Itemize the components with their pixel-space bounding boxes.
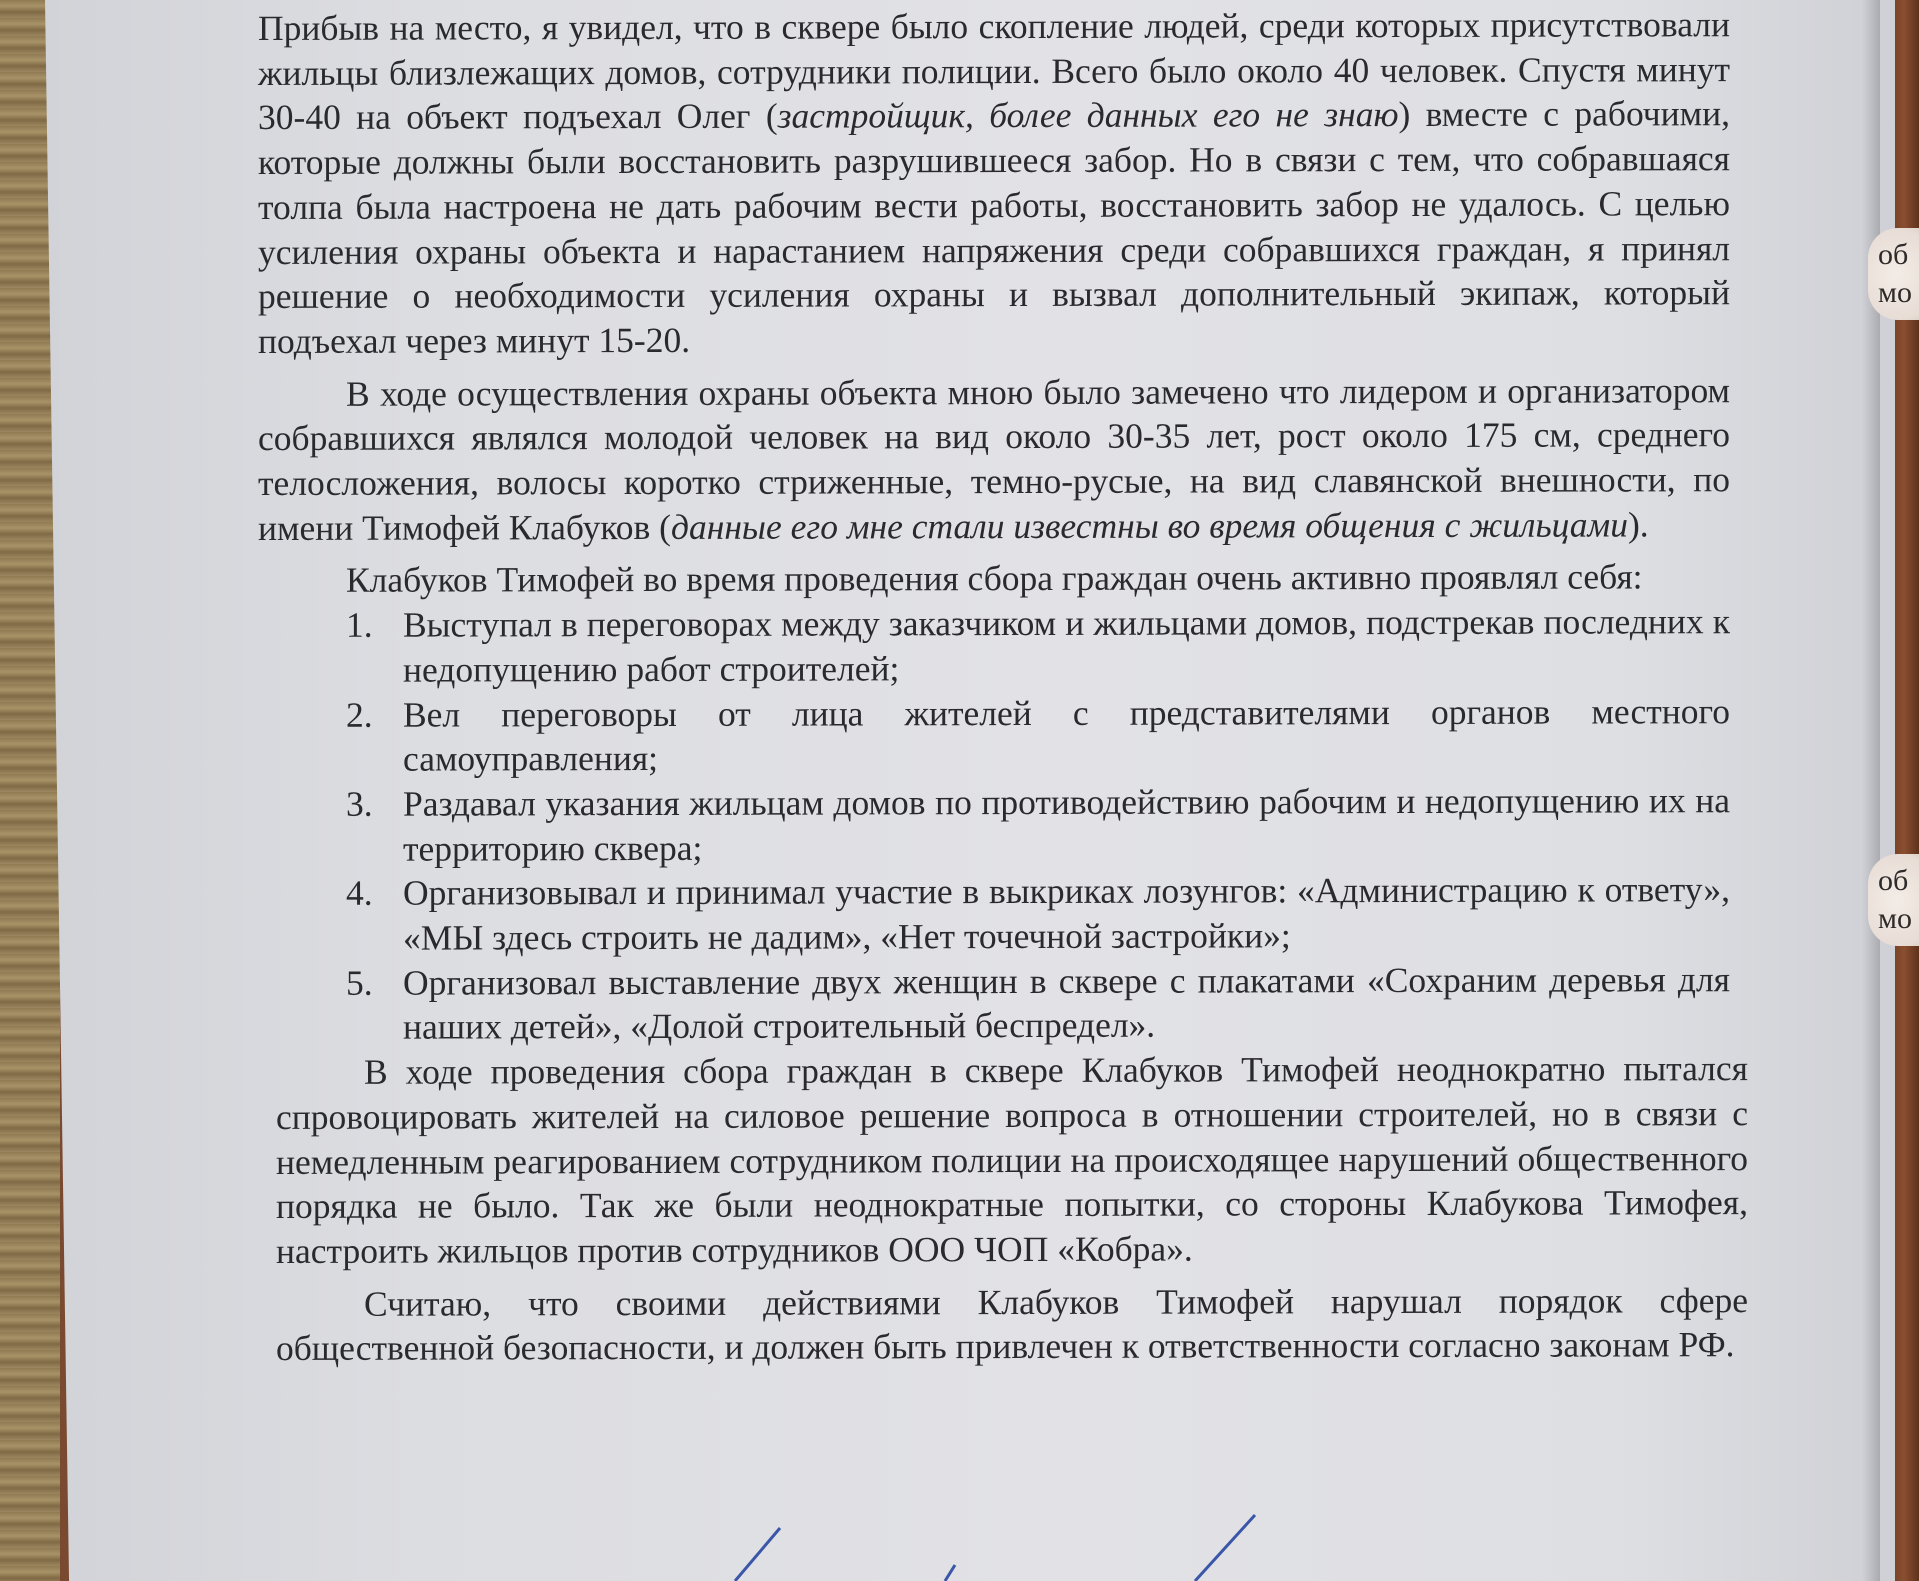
list-item: 3.Раздавал указания жильцам домов по про… bbox=[258, 778, 1730, 871]
list-item: 5.Организовал выставление двух женщин в … bbox=[258, 957, 1730, 1050]
tab-text-line: об bbox=[1878, 862, 1919, 900]
tab-text-line: мо bbox=[1878, 274, 1919, 312]
list-number: 2. bbox=[346, 692, 373, 737]
tab-text-line: мо bbox=[1878, 900, 1919, 938]
paragraph-arrival: Прибыв на место, я увидел, что в сквере … bbox=[258, 2, 1730, 363]
paragraph-leader-description: В ходе осуществления охраны объекта мною… bbox=[258, 368, 1730, 551]
underlying-page-tab-bottom: об мо bbox=[1868, 854, 1919, 946]
list-item-text: Раздавал указания жильцам домов по проти… bbox=[403, 780, 1730, 868]
paragraph-provocation: В ходе проведения сбора граждан в сквере… bbox=[276, 1046, 1748, 1273]
list-item-text: Вел переговоры от лица жителей с предста… bbox=[403, 691, 1730, 779]
list-number: 1. bbox=[346, 603, 373, 648]
activity-list: 1.Выступал в переговорах между заказчико… bbox=[258, 599, 1730, 1050]
document-body: Прибыв на место, я увидел, что в сквере … bbox=[258, 2, 1730, 1371]
list-item-text: Организовал выставление двух женщин в ск… bbox=[403, 959, 1730, 1047]
paragraph-activity-intro: Клабуков Тимофей во время проведения сбо… bbox=[258, 555, 1730, 604]
tab-text-line: об bbox=[1878, 236, 1919, 274]
paragraph-conclusion: Считаю, что своими действиями Клабуков Т… bbox=[276, 1278, 1748, 1371]
list-item: 1.Выступал в переговорах между заказчико… bbox=[258, 599, 1730, 692]
underlying-page-tab-top: об мо bbox=[1868, 228, 1919, 320]
list-item-text: Выступал в переговорах между заказчиком … bbox=[403, 601, 1730, 689]
list-number: 5. bbox=[346, 960, 373, 1005]
list-number: 4. bbox=[346, 871, 373, 916]
lower-section: В ходе проведения сбора граждан в сквере… bbox=[276, 1046, 1748, 1371]
list-number: 3. bbox=[346, 782, 373, 827]
italic-note: застройщик, более данных его не знаю bbox=[778, 94, 1399, 136]
text: ). bbox=[1628, 504, 1649, 544]
list-item-text: Организовывал и принимал участие в выкри… bbox=[403, 870, 1730, 958]
list-item: 4.Организовывал и принимал участие в вык… bbox=[258, 868, 1730, 961]
list-item: 2.Вел переговоры от лица жителей с предс… bbox=[258, 689, 1730, 782]
italic-note: данные его мне стали известны во время о… bbox=[671, 504, 1628, 547]
